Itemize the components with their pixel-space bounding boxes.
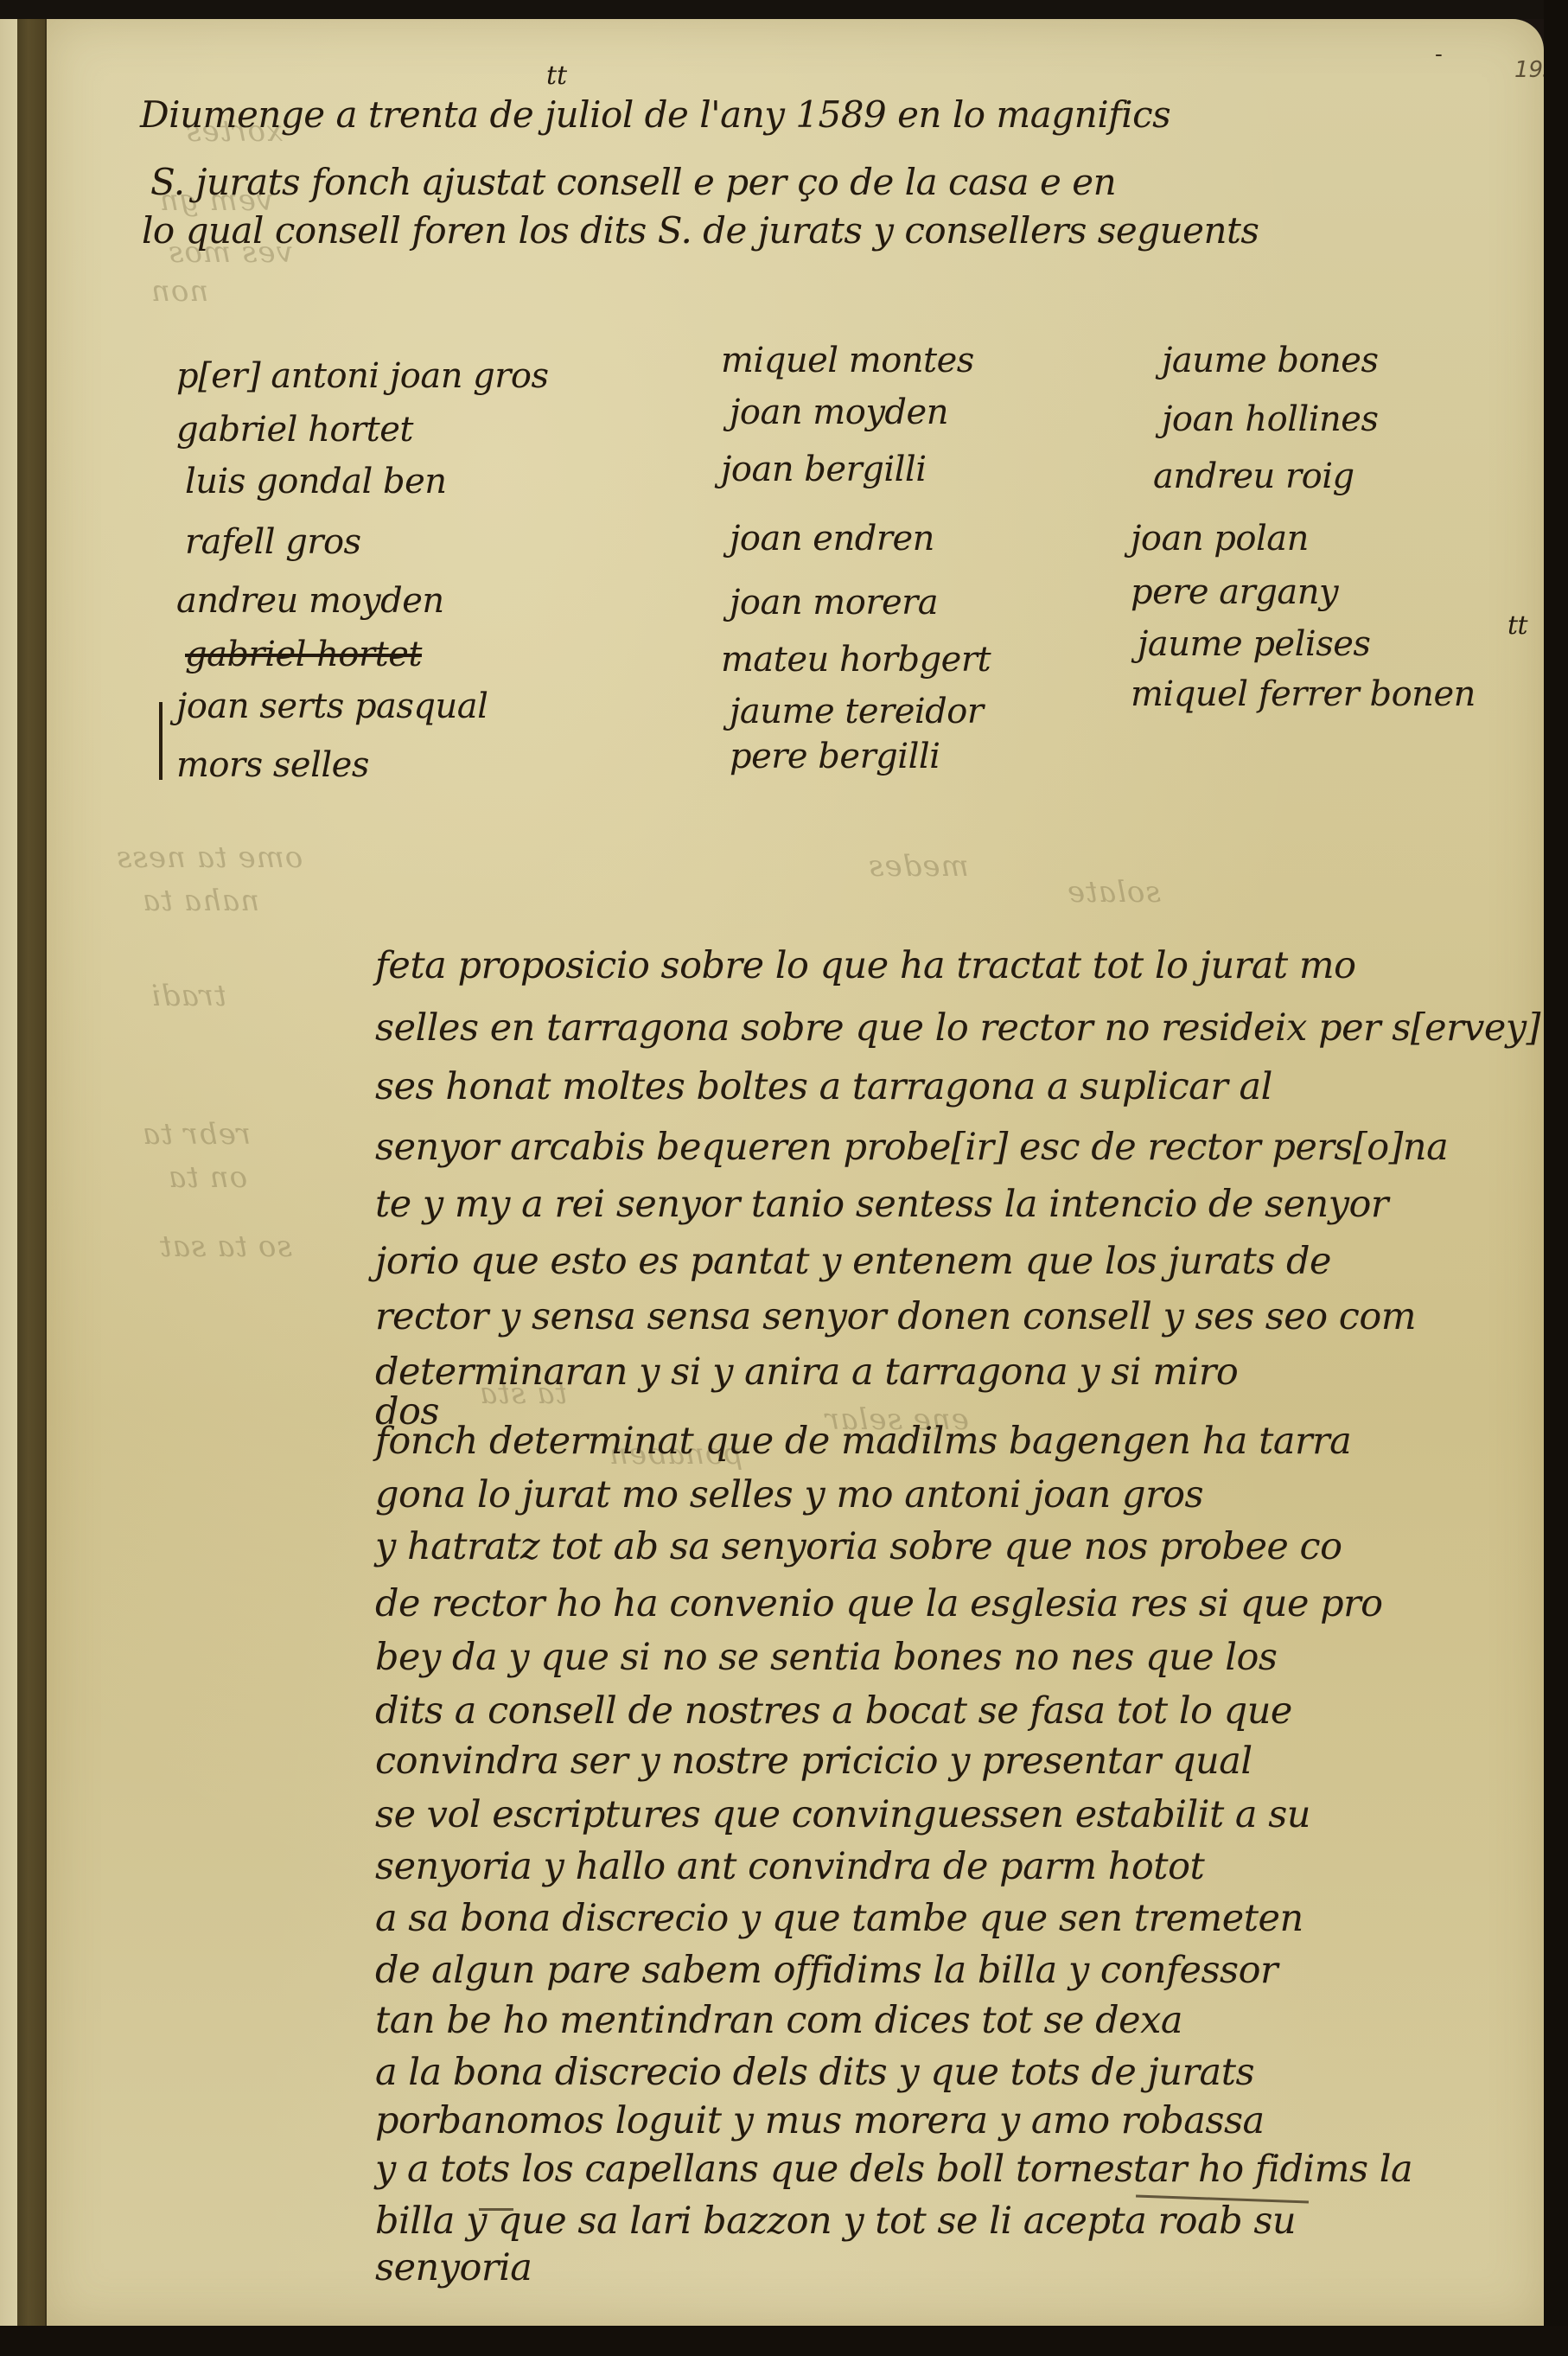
margin-mark: tt — [1507, 610, 1527, 641]
scan-frame-right — [1544, 0, 1568, 2356]
attendee-name: gabriel hortet — [176, 410, 413, 450]
body-line: rector y sensa sensa senyor donen consel… — [375, 1295, 1416, 1338]
body-line: senyoria — [375, 2246, 532, 2289]
attendee-name: rafell gros — [185, 522, 361, 562]
attendee-name: joan polan — [1131, 519, 1309, 559]
attendee-name: jaume tereidor — [730, 692, 983, 731]
body-line: a sa bona discrecio y que tambe que sen … — [375, 1897, 1303, 1940]
body-line: gona lo jurat mo selles y mo antoni joan… — [375, 1473, 1203, 1516]
body-line: a la bona discrecio dels dits y que tots… — [375, 2051, 1254, 2094]
body-line: convindra ser y nostre pricicio y presen… — [375, 1740, 1252, 1783]
attendee-name: mors selles — [176, 745, 369, 785]
bleed-through-text: so ta sat — [159, 1229, 292, 1264]
body-line: selles en tarragona sobre que lo rector … — [375, 1006, 1568, 1050]
body-line: de algun pare sabem offidims la billa y … — [375, 1949, 1278, 1992]
attendee-name: joan serts pasqual — [176, 686, 488, 726]
body-line: ses honat moltes boltes a tarragona a su… — [375, 1065, 1272, 1108]
scan-frame-bottom — [0, 2326, 1568, 2356]
body-line: jorio que esto es pantat y entenem que l… — [375, 1240, 1331, 1283]
attendee-name: pere argany — [1131, 572, 1338, 612]
binding-gutter — [17, 19, 47, 2326]
bleed-through-text: rebr ta — [142, 1117, 251, 1152]
closing-flourish-line — [479, 2208, 513, 2211]
body-line: dits a consell de nostres a bocat se fas… — [375, 1689, 1292, 1733]
attendee-name: joan hollines — [1162, 399, 1379, 439]
heading-line: lo qual consell foren los dits S. de jur… — [142, 209, 1259, 252]
previous-leaf-edge — [0, 19, 17, 2326]
body-line: y hatratz tot ab sa senyoria sobre que n… — [375, 1525, 1342, 1568]
corner-mark: - — [1435, 42, 1443, 67]
scan-frame-top — [0, 0, 1568, 19]
body-line: te y my a rei senyor tanio sentess la in… — [375, 1183, 1388, 1226]
bleed-through-text: tradi — [150, 979, 226, 1013]
bleed-through-text: naha ta — [142, 884, 259, 918]
heading-line: S. jurats fonch ajustat consell e per ço… — [150, 161, 1116, 203]
bleed-through-text: on ta — [168, 1160, 247, 1195]
bracket-mark — [159, 702, 163, 780]
body-line: fonch determinat que de madilms bagengen… — [375, 1420, 1351, 1463]
attendee-name: andreu roig — [1153, 457, 1354, 496]
attendee-name: miquel montes — [721, 341, 974, 380]
manuscript-folio: xortes vem gn ves mos non medes solate o… — [47, 19, 1544, 2326]
attendee-name: p[er] antoni joan gros — [176, 356, 549, 396]
body-line: tan be ho mentindran com dices tot se de… — [375, 1999, 1182, 2042]
bleed-through-text: non — [150, 274, 208, 309]
body-line: senyoria y hallo ant convindra de parm h… — [375, 1845, 1204, 1888]
attendee-name: luis gondal ben — [185, 462, 447, 501]
attendee-name: pere bergilli — [730, 737, 940, 776]
bleed-through-text: medes — [868, 849, 969, 884]
body-line: bey da y que si no se sentia bones no ne… — [375, 1636, 1278, 1679]
attendee-name: joan morera — [730, 583, 938, 623]
body-line: senyor arcabis bequeren probe[ir] esc de… — [375, 1126, 1448, 1169]
body-line: determinaran y si y anira a tarragona y … — [375, 1350, 1238, 1394]
body-line: y a tots los capellans que dels boll tor… — [375, 2148, 1412, 2191]
attendee-name: joan moyden — [730, 393, 948, 432]
attendee-name: joan bergilli — [721, 450, 926, 489]
body-line: porbanomos loguit y mus morera y amo rob… — [375, 2099, 1265, 2142]
attendee-name: mateu horbgert — [721, 640, 991, 680]
bleed-through-text: solate — [1067, 875, 1161, 910]
attendee-name: miquel ferrer bonen — [1131, 674, 1476, 714]
body-line: se vol escriptures que convinguessen est… — [375, 1793, 1310, 1836]
body-line: feta proposicio sobre lo que ha tractat … — [375, 944, 1356, 987]
attendee-name: joan endren — [730, 519, 934, 559]
bleed-through-text: ome ta ness — [116, 840, 303, 875]
body-line: de rector ho ha convenio que la esglesia… — [375, 1582, 1383, 1625]
insertion-mark: tt — [546, 61, 567, 91]
attendee-name: jaume bones — [1162, 341, 1378, 380]
body-line: billa y que sa lari bazzon y tot se li a… — [375, 2200, 1296, 2243]
attendee-name: jaume pelises — [1138, 624, 1370, 664]
attendee-name-struck: gabriel hortet — [185, 635, 422, 674]
heading-line: Diumenge a trenta de juliol de l'any 158… — [140, 93, 1170, 136]
attendee-name: andreu moyden — [176, 581, 444, 621]
